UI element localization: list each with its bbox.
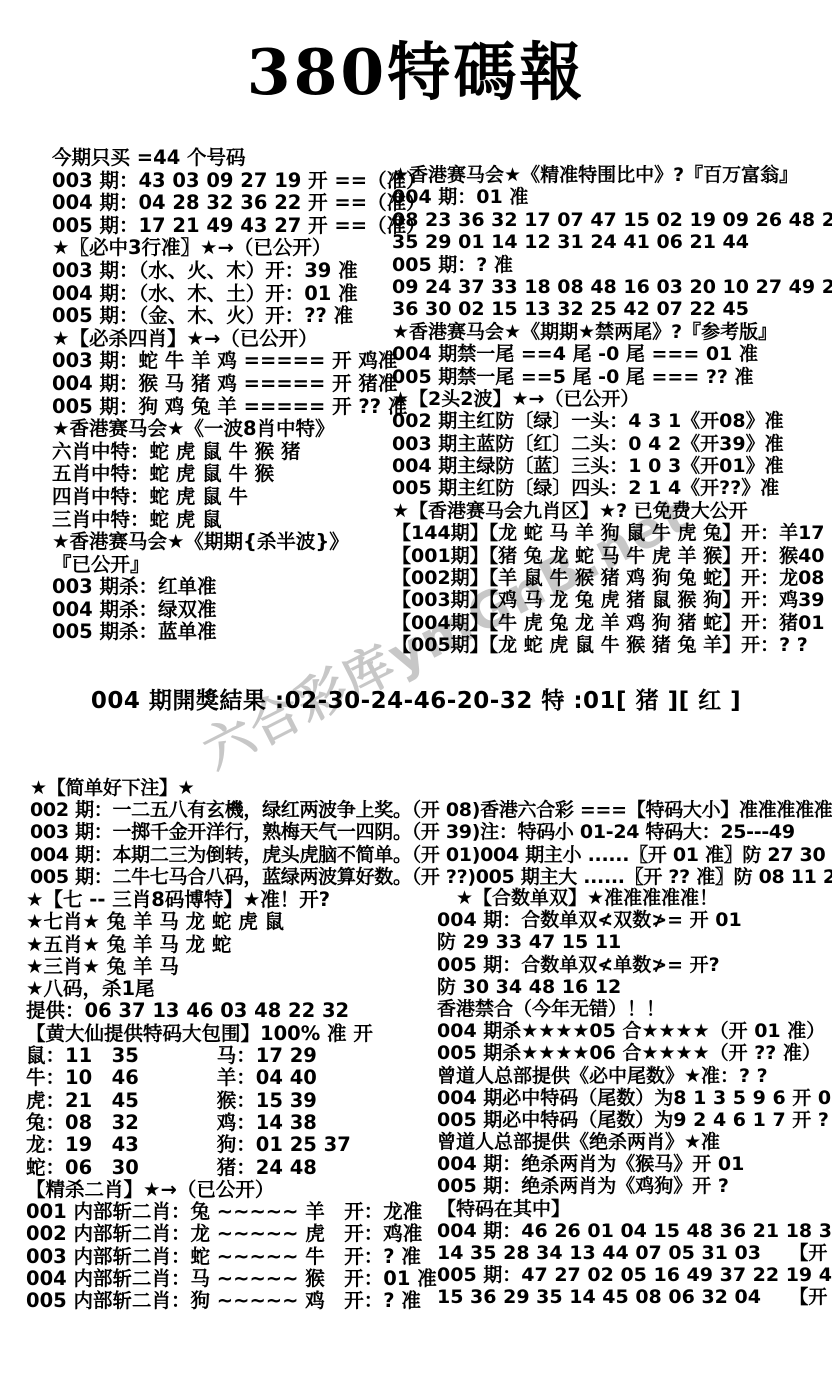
text-line: 004 期杀★★★★05 合★★★★（开 01 准） — [437, 1020, 832, 1042]
text-line: 005 期杀：蓝单准 — [52, 621, 426, 644]
text-line: 曾道人总部提供《必中尾数》★准：? ? — [437, 1065, 832, 1087]
text-line: 005 期禁一尾 ==5 尾 -0 尾 === ?? 准 — [392, 366, 832, 388]
text-line: 005 期：二牛七马合八码，蓝绿两波算好数。（开 ??)005 期主大 ....… — [30, 866, 832, 888]
text-line: 005 期：? 准 — [392, 254, 832, 276]
section-top-right-tips: ★香港赛马会★《精准特围比中》?『百万富翁』004 期：01 准08 23 36… — [392, 164, 832, 657]
text-line: 003 期杀：红单准 — [52, 576, 426, 599]
text-line: 003 期：（水、火、木）开：39 准 — [52, 260, 426, 283]
text-line: 004 期：合数单双≮双数≯= 开 01 — [437, 909, 832, 931]
text-line: ★【合数单双】★准准准准准！ — [437, 887, 832, 909]
text-line: 【005期】【龙 蛇 虎 鼠 牛 猴 猪 兔 羊】开：? ? — [392, 634, 832, 656]
text-line: ★八码，杀1尾 — [26, 978, 437, 1000]
text-line: ★【简单好下注】★ — [30, 777, 832, 799]
text-line: 004 期必中特码（尾数）为8 1 3 5 9 6 开 01 — [437, 1087, 832, 1109]
text-line: 虎：21 45 猴：15 39 — [26, 1090, 437, 1112]
text-line: 三肖中特：蛇 虎 鼠 — [52, 509, 426, 532]
text-line: 005 期：17 21 49 43 27 开 ==（准） — [52, 215, 426, 238]
text-line: 【144期】【龙 蛇 马 羊 狗 鼠 牛 虎 兔】开：羊17 — [392, 522, 832, 544]
text-line: 004 期：01 准 — [392, 186, 832, 208]
text-line: 六肖中特：蛇 虎 鼠 牛 猴 猪 — [52, 441, 426, 464]
text-line: 鼠：11 35 马：17 29 — [26, 1045, 437, 1067]
text-line: 35 29 01 14 12 31 24 41 06 21 44 — [392, 231, 832, 253]
text-line: 15 36 29 35 14 45 08 06 32 04 【开 ??】 — [437, 1286, 832, 1308]
text-line: 005 期：47 27 02 05 16 49 37 22 19 40 — [437, 1264, 832, 1286]
text-line: 【特码在其中】 — [437, 1198, 832, 1220]
text-line: 005 期：狗 鸡 兔 羊 ===== 开 ?? 准 — [52, 396, 426, 419]
text-line: 004 期：46 26 01 04 15 48 36 21 18 39 — [437, 1220, 832, 1242]
section-easy-bets: ★【简单好下注】★002 期：一二五八有玄機，绿红两波争上奖。（开 08)香港六… — [30, 777, 832, 888]
text-line: 曾道人总部提供《绝杀两肖》★准 — [437, 1131, 832, 1153]
text-line: 兔：08 32 鸡：14 38 — [26, 1112, 437, 1134]
text-line: 004 期：绝杀两肖为《猴马》开 01 — [437, 1153, 832, 1175]
text-line: 002 期主红防〔绿〕一头：4 3 1《开08》准 — [392, 410, 832, 432]
text-line: 36 30 02 15 13 32 25 42 07 22 45 — [392, 298, 832, 320]
text-line: 【002期】【羊 鼠 牛 猴 猪 鸡 狗 兔 蛇】开：龙08 — [392, 567, 832, 589]
text-line: 【精杀二肖】★→（已公开） — [26, 1179, 437, 1201]
text-line: 005 期杀★★★★06 合★★★★（开 ?? 准） — [437, 1042, 832, 1064]
text-line: ★香港赛马会★《期期{杀半波}》 — [52, 531, 426, 554]
text-line: 蛇：06 30 猪：24 48 — [26, 1157, 437, 1179]
text-line: 002 内部斩二肖：龙 ~~~~~ 虎 开：鸡准 — [26, 1223, 437, 1245]
text-line: ★【2头2波】★→（已公开） — [392, 388, 832, 410]
section-top-left-tips: 今期只买 =44 个号码003 期：43 03 09 27 19 开 ==（准）… — [52, 147, 426, 644]
text-line: 牛：10 46 羊：04 40 — [26, 1067, 437, 1089]
text-line: 005 期：绝杀两肖为《鸡狗》开 ? — [437, 1175, 832, 1197]
text-line: 003 期主蓝防〔红〕二头：0 4 2《开39》准 — [392, 433, 832, 455]
text-line: 004 期禁一尾 ==4 尾 -0 尾 === 01 准 — [392, 343, 832, 365]
text-line: 防 29 33 47 15 11 — [437, 931, 832, 953]
text-line: 『已公开』 — [52, 554, 426, 577]
text-line: 提供：06 37 13 46 03 48 22 32 — [26, 1000, 437, 1022]
text-line: 【001期】【猪 兔 龙 蛇 马 牛 虎 羊 猴】开：猴40 — [392, 545, 832, 567]
text-line: 003 内部斩二肖：蛇 ~~~~~ 牛 开：? 准 — [26, 1246, 437, 1268]
text-line: 005 期必中特码（尾数）为9 2 4 6 1 7 开 ? — [437, 1109, 832, 1131]
text-line: 005 期主红防〔绿〕四头：2 1 4《开??》准 — [392, 477, 832, 499]
text-line: 08 23 36 32 17 07 47 15 02 19 09 26 48 2… — [392, 209, 832, 231]
section-bottom-right-tips: ★【合数单双】★准准准准准！004 期：合数单双≮双数≯= 开 01防 29 3… — [437, 887, 832, 1309]
text-line: 004 期主绿防〔蓝〕三头：1 0 3《开01》准 — [392, 455, 832, 477]
text-line: 09 24 37 33 18 08 48 16 03 20 10 27 49 2… — [392, 276, 832, 298]
text-line: 005 内部斩二肖：狗 ~~~~~ 鸡 开：? 准 — [26, 1290, 437, 1312]
text-line: ★三肖★ 兔 羊 马 — [26, 956, 437, 978]
page-title: 380特碼報 — [0, 22, 832, 113]
text-line: 004 期：本期二三为倒转，虎头虎脑不简单。（开 01)004 期主小 ....… — [30, 844, 832, 866]
text-line: 005 期：合数单双≮单数≯= 开? — [437, 954, 832, 976]
text-line: 【003期】【鸡 马 龙 兔 虎 猪 鼠 猴 狗】开：鸡39 — [392, 589, 832, 611]
text-line: ★〖必中3行准〗★→（已公开） — [52, 237, 426, 260]
text-line: 【黄大仙提供特码大包围】100% 准 开 — [26, 1023, 437, 1045]
text-line: 003 期：43 03 09 27 19 开 ==（准） — [52, 170, 426, 193]
draw-result-banner: 004 期開獎結果 :02-30-24-46-20-32 特 :01[ 猪 ][… — [0, 682, 832, 715]
text-line: 今期只买 =44 个号码 — [52, 147, 426, 170]
text-line: ★【七 -- 三肖8码博特】★准！开? — [26, 889, 437, 911]
text-line: 004 内部斩二肖：马 ~~~~~ 猴 开：01 准 — [26, 1268, 437, 1290]
text-line: 004 期杀：绿双准 — [52, 599, 426, 622]
text-line: 003 期：蛇 牛 羊 鸡 ===== 开 鸡准 — [52, 350, 426, 373]
text-line: 004 期：（水、木、土）开：01 准 — [52, 283, 426, 306]
text-line: 【004期】【牛 虎 兔 龙 羊 鸡 狗 猪 蛇】开：猪01 — [392, 612, 832, 634]
text-line: 001 内部斩二肖：兔 ~~~~~ 羊 开：龙准 — [26, 1201, 437, 1223]
text-line: 004 期：猴 马 猪 鸡 ===== 开 猪准 — [52, 373, 426, 396]
text-line: ★香港赛马会★《精准特围比中》?『百万富翁』 — [392, 164, 832, 186]
text-line: 005 期：（金、木、火）开：?? 准 — [52, 305, 426, 328]
section-bottom-left-tips: ★【七 -- 三肖8码博特】★准！开?★七肖★ 兔 羊 马 龙 蛇 虎 鼠★五肖… — [26, 889, 437, 1313]
text-line: 003 期：一掷千金开洋行，熟梅天气一四阴。（开 39)注：特码小 01-24 … — [30, 821, 832, 843]
text-line: ★七肖★ 兔 羊 马 龙 蛇 虎 鼠 — [26, 911, 437, 933]
text-line: ★五肖★ 兔 羊 马 龙 蛇 — [26, 934, 437, 956]
text-line: ★【香港赛马会九肖区】★? 已免费大公开 — [392, 500, 832, 522]
text-line: 龙：19 43 狗：01 25 37 — [26, 1134, 437, 1156]
text-line: ★香港赛马会★《一波8肖中特》 — [52, 418, 426, 441]
text-line: 香港禁合（今年无错）！！ — [437, 998, 832, 1020]
text-line: ★香港赛马会★《期期★禁两尾》?『参考版』 — [392, 321, 832, 343]
text-line: ★【必杀四肖】★→（已公开） — [52, 328, 426, 351]
text-line: 004 期：04 28 32 36 22 开 ==（准） — [52, 192, 426, 215]
text-line: 14 35 28 34 13 44 07 05 31 03 【开 01】 — [437, 1242, 832, 1264]
text-line: 防 30 34 48 16 12 — [437, 976, 832, 998]
text-line: 002 期：一二五八有玄機，绿红两波争上奖。（开 08)香港六合彩 ===【特码… — [30, 799, 832, 821]
text-line: 五肖中特：蛇 虎 鼠 牛 猴 — [52, 463, 426, 486]
text-line: 四肖中特：蛇 虎 鼠 牛 — [52, 486, 426, 509]
